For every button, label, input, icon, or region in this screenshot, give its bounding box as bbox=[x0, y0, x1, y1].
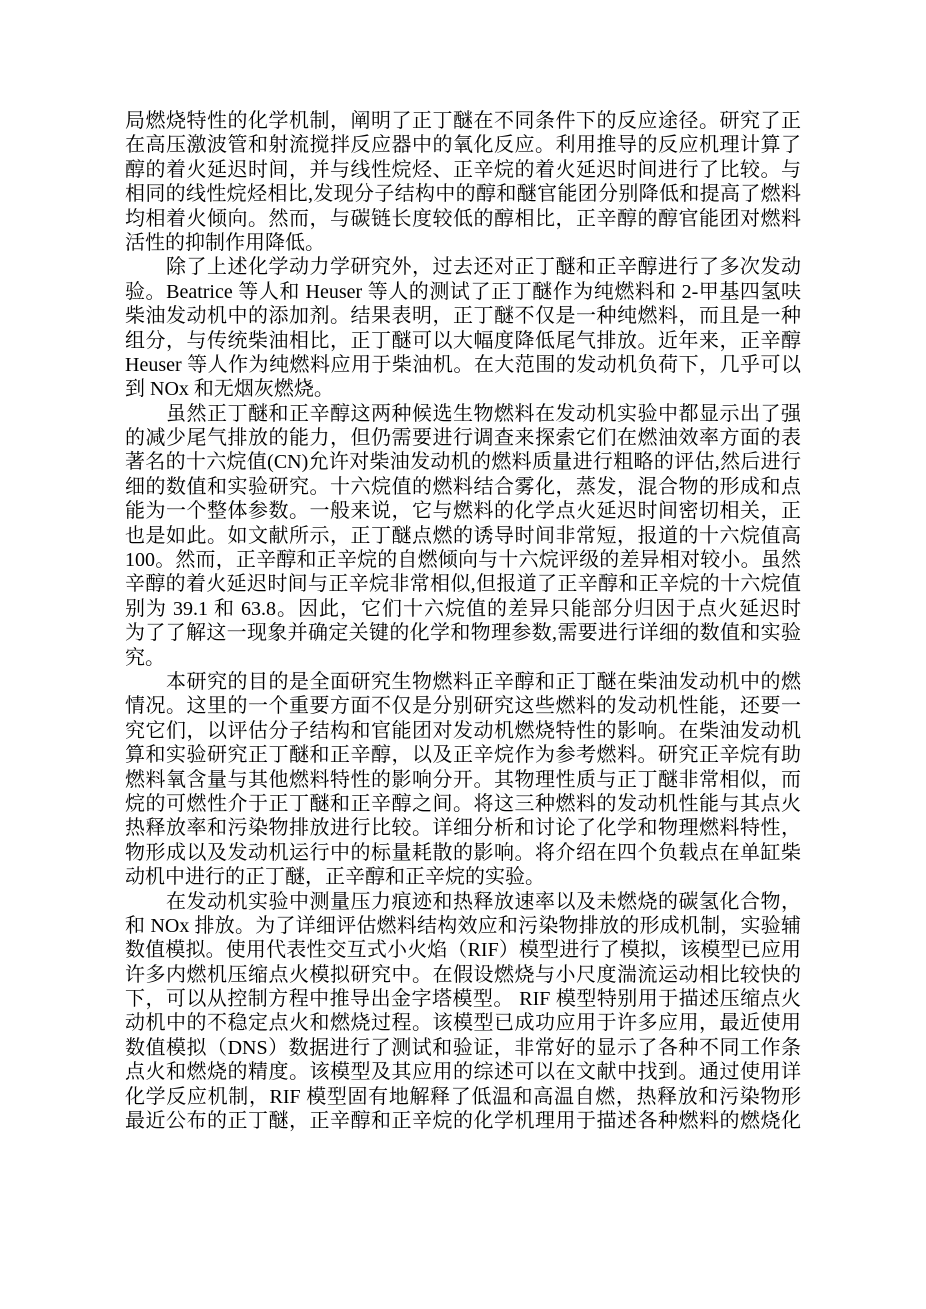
text-line: 虽然正丁醚和正辛醇这两种候选生物燃料在发动机实验中都显示出了强大 bbox=[125, 402, 801, 426]
text-line: 能为一个整体参数。一般来说，它与燃料的化学点火延迟时间密切相关，正丁醚 bbox=[125, 499, 801, 523]
text-line: 物形成以及发动机运行中的标量耗散的影响。将介绍在四个负载点在单缸柴油发 bbox=[125, 841, 801, 865]
text-line: 化学反应机制，RIF 模型固有地解释了低温和高温自燃，热释放和污染物形成。 bbox=[125, 1085, 801, 1109]
text-line: 算和实验研究正丁醚和正辛醇，以及正辛烷作为参考燃料。研究正辛烷有助于将 bbox=[125, 743, 801, 767]
text-line: 和 NOx 排放。为了详细评估燃料结构效应和污染物排放的形成机制，实验辅以 bbox=[125, 914, 801, 938]
text-line: 数值模拟（DNS）数据进行了测试和验证，非常好的显示了各种不同工作条件下 bbox=[125, 1036, 801, 1060]
text-line: 均相着火倾向。然而，与碳链长度较低的醇相比，正辛醇的醇官能团对燃料反应 bbox=[125, 207, 801, 231]
text-line: 也是如此。如文献所示，正丁醚点燃的诱导时间非常短，报道的十六烷值高达 bbox=[125, 524, 801, 548]
text-line: 在高压激波管和射流搅拌反应器中的氧化反应。利用推导的反应机理计算了正辛 bbox=[125, 133, 801, 157]
text-line: 数值模拟。使用代表性交互式小火焰（RIF）模型进行了模拟，该模型已应用于 bbox=[125, 938, 801, 962]
text-line: 情况。这里的一个重要方面不仅是分别研究这些燃料的发动机性能，还要一起研 bbox=[125, 694, 801, 718]
text-line: 究它们，以评估分子结构和官能团对发动机燃烧特性的影响。在柴油发动机中计 bbox=[125, 719, 801, 743]
text-line: 燃料氧含量与其他燃料特性的影响分开。其物理性质与正丁醚非常相似，而正辛 bbox=[125, 768, 801, 792]
document-page: 局燃烧特性的化学机制，阐明了正丁醚在不同条件下的反应途径。研究了正辛醇在高压激波… bbox=[0, 0, 926, 1309]
text-line: 除了上述化学动力学研究外，过去还对正丁醚和正辛醇进行了多次发动机实 bbox=[125, 255, 801, 279]
text-line: 组分，与传统柴油相比，正丁醚可以大幅度降低尾气排放。近年来，正辛醇被 bbox=[125, 329, 801, 353]
text-line: 本研究的目的是全面研究生物燃料正辛醇和正丁醚在柴油发动机中的燃烧 bbox=[125, 670, 801, 694]
paragraph: 除了上述化学动力学研究外，过去还对正丁醚和正辛醇进行了多次发动机实验。Beatr… bbox=[125, 255, 801, 401]
text-line: 的减少尾气排放的能力，但仍需要进行调查来探索它们在燃油效率方面的表现。 bbox=[125, 426, 801, 450]
text-line: 活性的抑制作用降低。 bbox=[125, 231, 801, 255]
text-line: 细的数值和实验研究。十六烷值的燃料结合雾化，蒸发，混合物的形成和点火性 bbox=[125, 475, 801, 499]
paragraph: 局燃烧特性的化学机制，阐明了正丁醚在不同条件下的反应途径。研究了正辛醇在高压激波… bbox=[125, 109, 801, 255]
text-line: 别为 39.1 和 63.8。因此，它们十六烷值的差异只能部分归因于点火延迟时间… bbox=[125, 597, 801, 621]
text-line: 100。然而，正辛醇和正辛烷的自燃倾向与十六烷评级的差异相对较小。虽然正 bbox=[125, 548, 801, 572]
text-line: 究。 bbox=[125, 646, 801, 670]
paragraph: 在发动机实验中测量压力痕迹和热释放速率以及未燃烧的碳氢化合物，CO和 NOx 排… bbox=[125, 890, 801, 1134]
text-line: 下，可以从控制方程中推导出金字塔模型。 RIF 模型特别用于描述压缩点火发 bbox=[125, 987, 801, 1011]
text-line: 动机中的不稳定点火和燃烧过程。该模型已成功应用于许多应用，最近使用直接 bbox=[125, 1011, 801, 1035]
text-line: 点火和燃烧的精度。该模型及其应用的综述可以在文献中找到。通过使用详细的 bbox=[125, 1060, 801, 1084]
text-line: 许多内燃机压缩点火模拟研究中。在假设燃烧与小尺度湍流运动相比较快的情况 bbox=[125, 963, 801, 987]
text-line: 最近公布的正丁醚，正辛醇和正辛烷的化学机理用于描述各种燃料的燃烧化学。 bbox=[125, 1109, 801, 1133]
text-line: 著名的十六烷值(CN)允许对柴油发动机的燃料质量进行粗略的评估,然后进行详 bbox=[125, 450, 801, 474]
paragraph: 本研究的目的是全面研究生物燃料正辛醇和正丁醚在柴油发动机中的燃烧情况。这里的一个… bbox=[125, 670, 801, 890]
text-line: 烷的可燃性介于正丁醚和正辛醇之间。将这三种燃料的发动机性能与其点火性能， bbox=[125, 792, 801, 816]
text-line: 局燃烧特性的化学机制，阐明了正丁醚在不同条件下的反应途径。研究了正辛醇 bbox=[125, 109, 801, 133]
text-line: 辛醇的着火延迟时间与正辛烷非常相似,但报道了正辛醇和正辛烷的十六烷值分 bbox=[125, 572, 801, 596]
text-line: 验。Beatrice 等人和 Heuser 等人的测试了正丁醚作为纯燃料和 2-… bbox=[125, 280, 801, 304]
text-line: 醇的着火延迟时间，并与线性烷烃、正辛烷的着火延迟时间进行了比较。与碳数 bbox=[125, 158, 801, 182]
document-body: 局燃烧特性的化学机制，阐明了正丁醚在不同条件下的反应途径。研究了正辛醇在高压激波… bbox=[125, 109, 801, 1133]
paragraph: 虽然正丁醚和正辛醇这两种候选生物燃料在发动机实验中都显示出了强大的减少尾气排放的… bbox=[125, 402, 801, 670]
text-line: 在发动机实验中测量压力痕迹和热释放速率以及未燃烧的碳氢化合物，CO bbox=[125, 890, 801, 914]
text-line: 相同的线性烷烃相比,发现分子结构中的醇和醚官能团分别降低和提高了燃料的 bbox=[125, 182, 801, 206]
text-line: 为了了解这一现象并确定关键的化学和物理参数,需要进行详细的数值和实验研 bbox=[125, 621, 801, 645]
text-line: 动机中进行的正丁醚，正辛醇和正辛烷的实验。 bbox=[125, 865, 801, 889]
text-line: 热释放率和污染物排放进行比较。详细分析和讨论了化学和物理燃料特性，混合 bbox=[125, 816, 801, 840]
text-line: 柴油发动机中的添加剂。结果表明，正丁醚不仅是一种纯燃料，而且是一种混合 bbox=[125, 304, 801, 328]
text-line: Heuser 等人作为纯燃料应用于柴油机。在大范围的发动机负荷下，几乎可以观察 bbox=[125, 353, 801, 377]
text-line: 到 NOx 和无烟灰燃烧。 bbox=[125, 377, 801, 401]
